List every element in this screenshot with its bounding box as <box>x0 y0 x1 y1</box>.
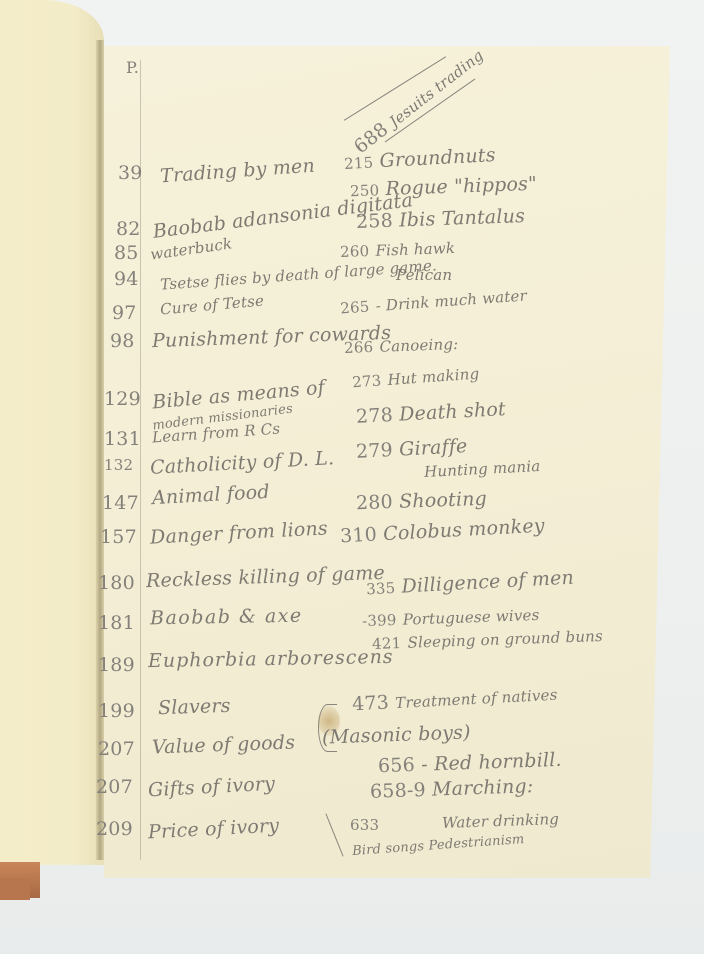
right-page-number: 215 <box>344 153 374 173</box>
right-page-number: 258 <box>356 210 394 233</box>
right-index-entry: Fish hawk <box>375 239 455 260</box>
facing-page <box>0 0 104 865</box>
left-page-number: 189 <box>98 654 135 676</box>
left-page-number: 157 <box>100 526 137 548</box>
book-gutter <box>96 40 104 860</box>
left-page-number: 131 <box>104 428 141 450</box>
right-page-number: 633 <box>350 816 379 834</box>
left-page-number: 181 <box>98 612 135 634</box>
right-index-entry: Shooting <box>399 488 488 513</box>
right-index-row: 260 Fish hawk <box>340 236 456 262</box>
pencil-bracket <box>318 704 337 752</box>
left-page-number: 39 <box>118 162 143 184</box>
right-page-number: 260 <box>340 242 370 261</box>
right-index-row: 266 Canoeing: <box>344 332 459 358</box>
left-page-number: 129 <box>104 388 141 410</box>
left-index-entry: Slavers <box>158 695 231 720</box>
right-index-row: 633 <box>350 816 379 834</box>
right-index-entry: Pelican <box>396 266 452 284</box>
left-page-number: 147 <box>102 492 139 514</box>
right-page-number: 658-9 <box>370 779 427 803</box>
left-index-entry: Baobab & axe <box>150 605 303 630</box>
left-page-number: 132 <box>104 456 133 474</box>
right-index-row: 280 Shooting <box>356 488 488 515</box>
left-page-number: 207 <box>98 738 135 760</box>
left-page-number: 209 <box>96 818 133 840</box>
left-page-number: 82 <box>116 218 141 240</box>
left-page-number: 97 <box>112 302 137 324</box>
right-page-number: 473 <box>352 691 390 715</box>
right-page-number: 266 <box>344 338 374 357</box>
book-photo: P. 688 Jesuits trading 39 82 85 94 97 98… <box>0 0 704 954</box>
right-page-number: 273 <box>352 371 382 391</box>
right-page-number: 265 <box>340 298 370 318</box>
right-index-entry: Ibis Tantalus <box>399 205 526 231</box>
right-page-number: 278 <box>356 404 394 428</box>
left-page-number: 207 <box>96 776 133 798</box>
right-page-number: -399 <box>362 611 397 630</box>
right-page-number: 279 <box>356 439 394 463</box>
left-page-number: 98 <box>110 330 135 352</box>
right-page-number: 656 <box>378 754 416 777</box>
page-marker: P. <box>126 58 139 77</box>
right-index-entry: Canoeing: <box>379 335 458 356</box>
right-page-number: 421 <box>372 634 402 653</box>
right-index-entry: Portuguese wives <box>403 606 540 629</box>
left-page-number: 85 <box>114 242 139 264</box>
left-page-number: 199 <box>98 700 135 722</box>
right-index-row: Pelican <box>396 266 452 284</box>
right-index-entry: Giraffe <box>399 435 468 461</box>
right-index-entry: Marching: <box>432 775 534 801</box>
right-page-number: 310 <box>340 523 378 547</box>
right-page-number: 280 <box>356 491 394 514</box>
left-page-number: 94 <box>114 268 139 290</box>
right-page-number: 250 <box>350 181 380 200</box>
right-page-number: 335 <box>366 579 396 599</box>
left-index-entry: Euphorbia arborescens <box>148 646 394 672</box>
book-cover-corner <box>0 878 30 900</box>
left-page-number: 180 <box>98 572 135 594</box>
